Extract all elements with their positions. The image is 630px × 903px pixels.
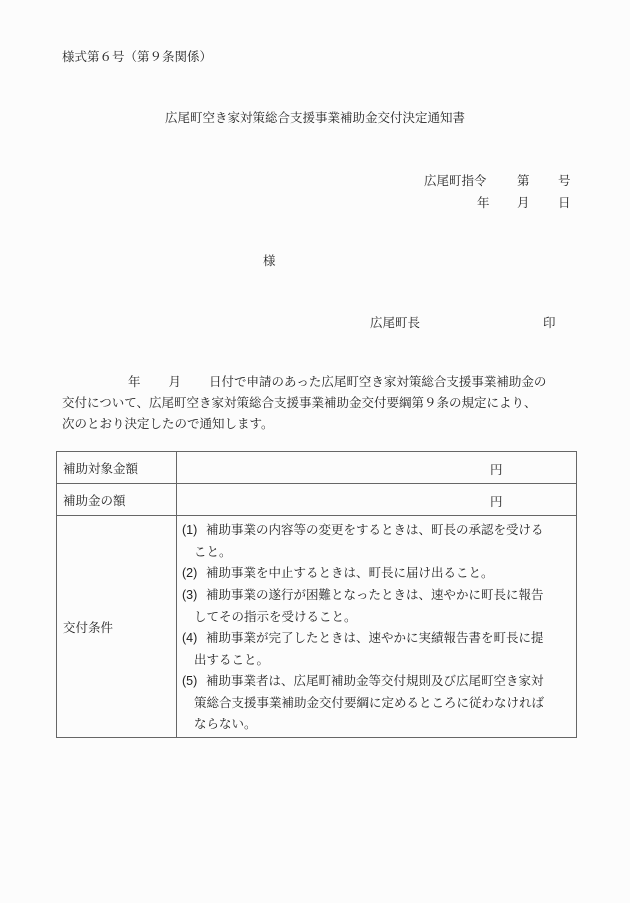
subsidy-amount-unit: 円 [490, 492, 503, 510]
seal-mark: 印 [543, 313, 556, 331]
condition-number: (3) [182, 585, 206, 606]
condition-text-cont: してその指示を受けること。 [182, 606, 570, 627]
table-row-target-amount: 補助対象金額 円 [57, 452, 577, 484]
reference-go: 号 [558, 171, 571, 189]
conditions-label: 交付条件 [57, 516, 177, 738]
condition-number: (1) [182, 520, 206, 541]
target-amount-value: 円 [177, 452, 577, 484]
condition-text-cont: 出すること。 [182, 649, 570, 670]
subsidy-amount-label: 補助金の額 [57, 484, 177, 516]
condition-text: 補助事業を中止するときは、町長に届け出ること。 [206, 565, 494, 580]
date-year: 年 [477, 193, 490, 211]
document-title: 広尾町空き家対策総合支援事業補助金交付決定通知書 [0, 108, 630, 126]
body-line-2: 交付について、広尾町空き家対策総合支援事業補助金交付要綱第９条の規定により、 [62, 392, 582, 413]
body-month: 月 [169, 374, 182, 389]
condition-text: 補助事業の遂行が困難となったときは、速やかに町長に報告 [206, 587, 544, 602]
notice-body: 年月日付で申請のあった広尾町空き家対策総合支援事業補助金の 交付について、広尾町… [62, 371, 582, 434]
body-year: 年 [128, 374, 141, 389]
body-line-1-rest: 日付で申請のあった広尾町空き家対策総合支援事業補助金の [209, 374, 546, 389]
condition-text: 補助事業の内容等の変更をするときは、町長の承認を受ける [206, 522, 544, 537]
target-amount-label: 補助対象金額 [57, 452, 177, 484]
condition-item-1: (1)補助事業の内容等の変更をするときは、町長の承認を受ける こと。 [182, 519, 570, 562]
condition-text-cont: 策総合支援事業補助金交付要綱に定めるところに従わなければ [182, 692, 570, 713]
condition-number: (2) [182, 563, 206, 584]
condition-item-3: (3)補助事業の遂行が困難となったときは、速やかに町長に報告 してその指示を受け… [182, 584, 570, 627]
condition-text-cont: こと。 [182, 541, 570, 562]
body-line-1: 年月日付で申請のあった広尾町空き家対策総合支援事業補助金の [62, 371, 582, 392]
condition-item-2: (2)補助事業を中止するときは、町長に届け出ること。 [182, 562, 570, 584]
body-line-3: 次のとおり決定したので通知します。 [62, 413, 582, 434]
addressee-suffix: 様 [263, 251, 276, 269]
reference-prefix: 広尾町指令 [424, 171, 487, 189]
condition-text: 補助事業者は、広尾町補助金等交付規則及び広尾町空き家対 [206, 673, 544, 688]
issuer: 広尾町長 [370, 313, 420, 331]
conditions-list: (1)補助事業の内容等の変更をするときは、町長の承認を受ける こと。 (2)補助… [177, 516, 577, 738]
condition-text: 補助事業が完了したときは、速やかに実績報告書を町長に提 [206, 630, 544, 645]
condition-text-cont: ならない。 [182, 713, 570, 734]
condition-number: (4) [182, 628, 206, 649]
target-amount-unit: 円 [490, 460, 503, 478]
decision-table: 補助対象金額 円 補助金の額 円 交付条件 (1)補助事業の内容等の変更をすると… [56, 451, 577, 738]
condition-item-4: (4)補助事業が完了したときは、速やかに実績報告書を町長に提 出すること。 [182, 627, 570, 670]
form-number: 様式第６号（第９条関係） [62, 47, 212, 65]
date-month: 月 [517, 193, 530, 211]
reference-dai: 第 [517, 171, 530, 189]
date-day: 日 [558, 193, 571, 211]
condition-item-5: (5)補助事業者は、広尾町補助金等交付規則及び広尾町空き家対 策総合支援事業補助… [182, 670, 570, 734]
condition-number: (5) [182, 671, 206, 692]
table-row-conditions: 交付条件 (1)補助事業の内容等の変更をするときは、町長の承認を受ける こと。 … [57, 516, 577, 738]
subsidy-amount-value: 円 [177, 484, 577, 516]
table-row-subsidy-amount: 補助金の額 円 [57, 484, 577, 516]
